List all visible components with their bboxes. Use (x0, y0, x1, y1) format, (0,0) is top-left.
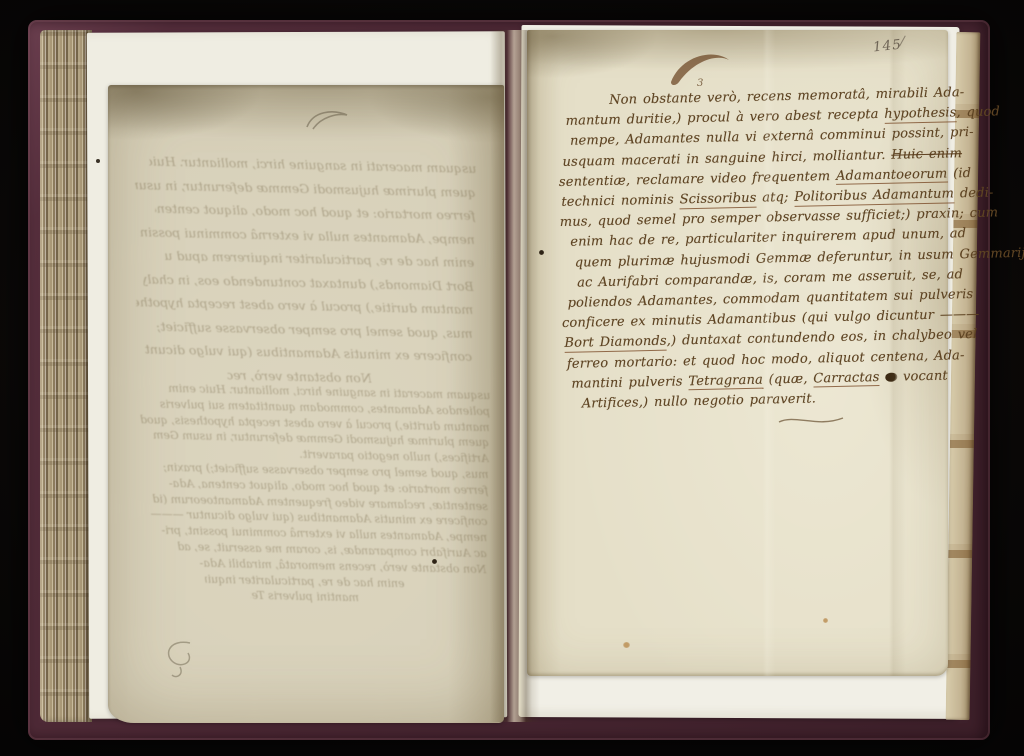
ink-spot (539, 250, 544, 255)
dark-fleck (96, 159, 100, 163)
showthrough-mirror-layer: usquam macerati in sanguine hirci, molli… (108, 85, 504, 723)
manuscript-text: Non obstante verò, recens memoratâ, mira… (557, 83, 966, 415)
page-edges-stack (40, 30, 92, 722)
ink-spot (432, 559, 437, 564)
folio-number: 145 (872, 37, 902, 56)
photograph-background: usquam macerati in sanguine hirci, molli… (0, 0, 1024, 756)
gathering-mark: 3 (697, 78, 703, 89)
left-page: usquam macerati in sanguine hirci, molli… (108, 85, 504, 723)
foxing-spot (623, 642, 630, 648)
foxing-spot (823, 618, 828, 623)
showthrough-text-lower: usquam macerati in sanguine hirci, molli… (124, 380, 491, 609)
pencil-squiggle-top-icon (303, 107, 351, 133)
end-paraph-icon (777, 412, 847, 430)
showthrough-text-upper: usquam macerati in sanguine hirci, molli… (127, 149, 476, 392)
right-page: 145 3 Non obstante verò, recens memoratâ… (527, 30, 948, 676)
pencil-squiggle-bottom-icon (160, 637, 202, 681)
